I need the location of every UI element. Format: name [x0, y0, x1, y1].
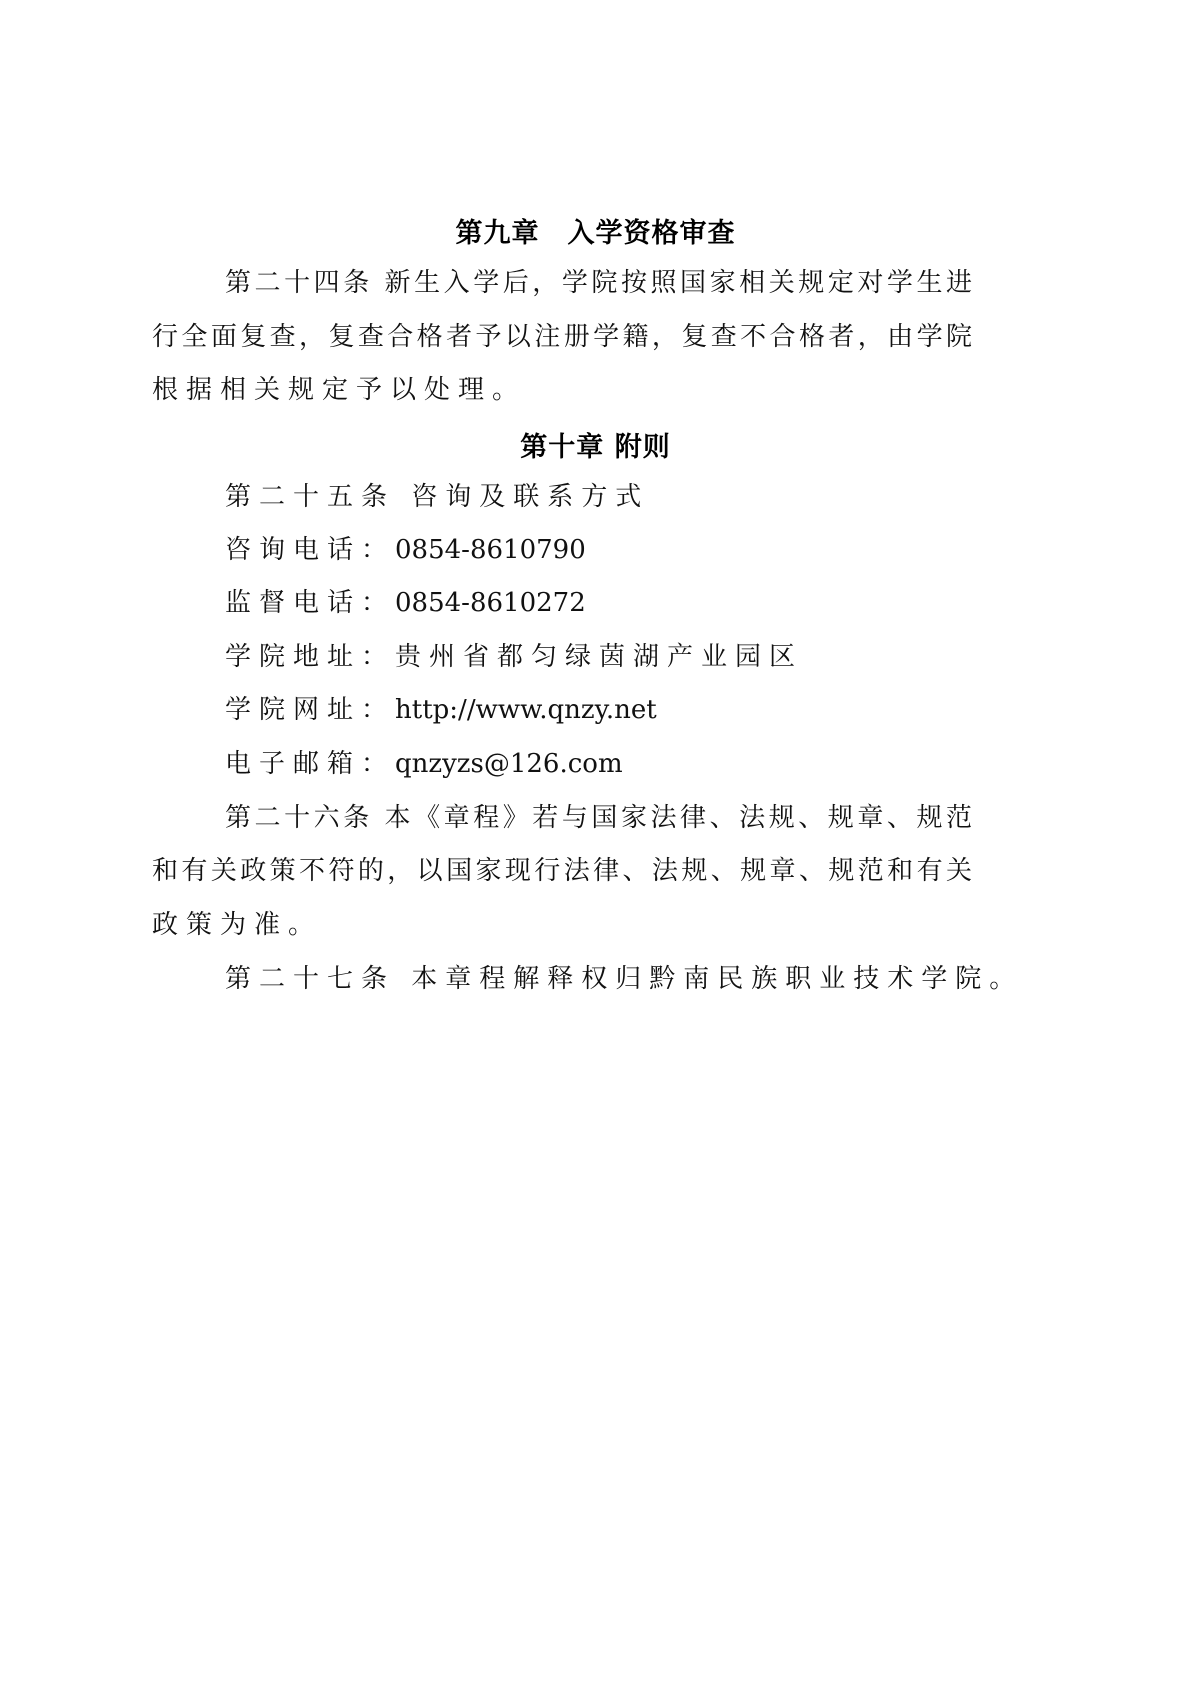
- chapter-9-title: 第九章 入学资格审查: [0, 211, 1191, 250]
- contact-phone-label: 咨询电话：: [225, 535, 395, 565]
- article-25-heading: 第二十五条 咨询及联系方式: [225, 479, 972, 515]
- college-website: 学院网址：http://www.qnzy.net: [225, 692, 972, 728]
- supervision-phone: 监督电话：0854-8610272: [225, 585, 972, 621]
- article-26-line-3: 政策为准。: [152, 907, 972, 943]
- document-page: 第九章 入学资格审查 第二十四条 新生入学后，学院按照国家相关规定对学生进 行全…: [0, 0, 1191, 1684]
- email-value[interactable]: qnzyzs@126.com: [395, 749, 623, 779]
- email: 电子邮箱：qnzyzs@126.com: [225, 746, 972, 782]
- article-26-line-2: 和有关政策不符的，以国家现行法律、法规、规章、规范和有关: [152, 853, 972, 889]
- article-24-line-2: 行全面复查，复查合格者予以注册学籍，复查不合格者，由学院: [152, 319, 972, 355]
- college-address-value: 贵州省都匀绿茵湖产业园区: [395, 642, 803, 672]
- college-address-label: 学院地址：: [225, 642, 395, 672]
- college-website-label: 学院网址：: [225, 695, 395, 725]
- email-label: 电子邮箱：: [225, 749, 395, 779]
- contact-phone-value: 0854-8610790: [395, 535, 586, 565]
- chapter-10-title: 第十章 附则: [0, 425, 1191, 464]
- supervision-phone-label: 监督电话：: [225, 588, 395, 618]
- supervision-phone-value: 0854-8610272: [395, 588, 586, 618]
- article-24-line-1: 第二十四条 新生入学后，学院按照国家相关规定对学生进: [225, 265, 972, 301]
- college-address: 学院地址：贵州省都匀绿茵湖产业园区: [225, 639, 972, 675]
- article-26-line-1: 第二十六条 本《章程》若与国家法律、法规、规章、规范: [225, 800, 972, 836]
- article-27-line-1: 第二十七条 本章程解释权归黔南民族职业技术学院。: [225, 961, 972, 997]
- contact-phone: 咨询电话：0854-8610790: [225, 532, 972, 568]
- article-24-line-3: 根据相关规定予以处理。: [152, 372, 972, 408]
- college-website-value[interactable]: http://www.qnzy.net: [395, 695, 657, 725]
